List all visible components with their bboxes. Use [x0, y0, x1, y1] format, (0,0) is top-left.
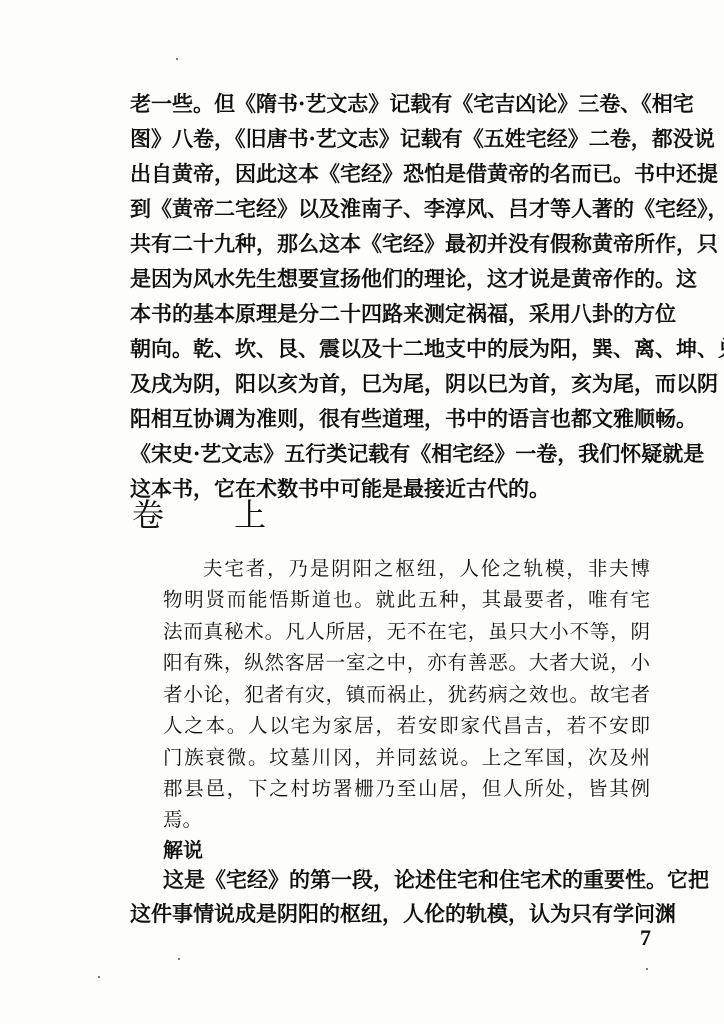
quote-line: 物明贤而能悟斯道也。就此五种，其最要者，唯有宅 — [163, 584, 650, 612]
quote-line: 人之本。人以宅为家居，若安即家代昌吉，若不安即 — [163, 710, 650, 738]
page-number: 7 — [640, 925, 651, 951]
intro-line: 《宋史·艺文志》五行类记载有《相宅经》一卷，我们怀疑就是 — [130, 438, 652, 468]
intro-line: 老一些。但《隋书·艺文志》记载有《宅吉凶论》三卷、《相宅 — [130, 88, 652, 118]
intro-line: 本书的基本原理是分二十四路来测定祸福，采用八卦的方位 — [130, 298, 652, 328]
scan-speck — [646, 968, 648, 970]
intro-line: 图》八卷，《旧唐书·艺文志》记载有《五姓宅经》二卷，都没说 — [130, 123, 652, 153]
intro-line: 到《黄帝二宅经》以及淮南子、李淳风、吕才等人著的《宅经》， — [130, 193, 652, 223]
quote-line: 法而真秘术。凡人所居，无不在宅，虽只大小不等，阴 — [163, 616, 650, 644]
quote-line: 门族衰微。坟墓川冈，并同兹说。上之军国，次及州 — [163, 742, 650, 770]
scan-speck — [98, 976, 100, 978]
quote-line: 者小论，犯者有灾，镇而祸止，犹药病之效也。故宅者 — [163, 679, 650, 707]
section-heading: 卷 上 — [132, 490, 296, 536]
intro-line: 出自黄帝，因此这本《宅经》恐怕是借黄帝的名而已。书中还提 — [130, 158, 652, 188]
intro-line: 是因为风水先生想要宣扬他们的理论，这才说是黄帝作的。这 — [130, 263, 652, 293]
scan-speck — [178, 958, 180, 960]
explanation-line: 这件事情说成是阴阳的枢纽，人伦的轨模，认为只有学问渊 — [130, 898, 652, 928]
quote-line: 阳有殊，纵然客居一室之中，亦有善恶。大者大说，小 — [163, 647, 650, 675]
intro-line: 及戌为阴，阳以亥为首，巳为尾，阴以巳为首，亥为尾，而以阴 — [130, 368, 652, 398]
explanation-heading: 解说 — [163, 834, 203, 863]
scan-speck — [176, 58, 178, 60]
intro-line: 阳相互协调为准则，很有些道理，书中的语言也都文雅顺畅。 — [130, 403, 652, 433]
quote-line: 夫宅者，乃是阴阳之枢纽，人伦之轨模，非夫博 — [203, 553, 650, 581]
explanation-line: 这是《宅经》的第一段，论述住宅和住宅术的重要性。它把 — [163, 864, 652, 894]
quote-line: 郡县邑，下之村坊署栅乃至山居，但人所处，皆其例 — [163, 773, 650, 801]
intro-line: 共有二十九种，那么这本《宅经》最初并没有假称黄帝所作，只 — [130, 228, 652, 258]
intro-line: 朝向。乾、坎、艮、震以及十二地支中的辰为阳，巽、离、坤、兑以 — [130, 333, 652, 363]
quote-line: 焉。 — [163, 804, 650, 832]
